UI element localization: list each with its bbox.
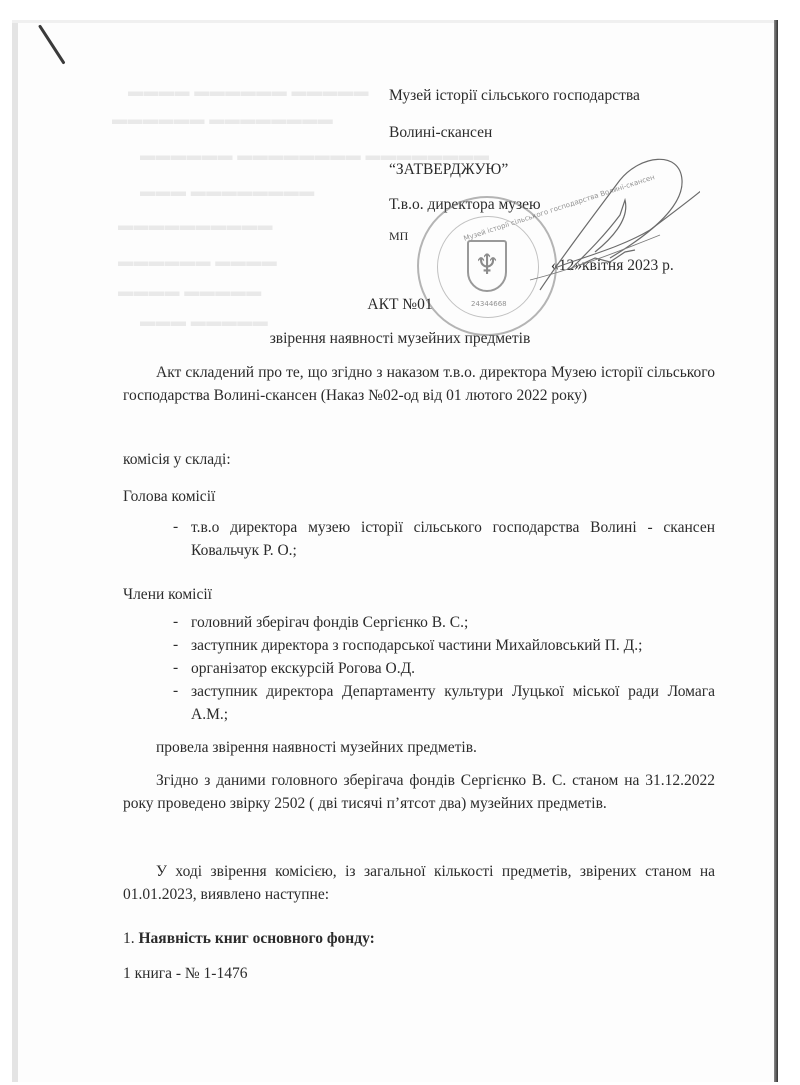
section-1-title: Наявність книг основного фонду: <box>139 930 375 947</box>
data-paragraph: Згідно з даними головного зберігача фонд… <box>123 769 715 815</box>
commission-label: комісія у складі: <box>123 452 231 468</box>
members-label: Члени комісії <box>123 587 212 603</box>
page-right-edge <box>774 20 778 1082</box>
org-name-line2: Волині-скансен <box>389 125 492 141</box>
show-through-text: ▬▬▬▬▬▬ ▬▬▬▬▬▬▬▬ <box>112 112 333 129</box>
conducted-statement: провела звірення наявності музейних пред… <box>156 740 477 756</box>
act-title: АКТ №01 <box>0 297 800 313</box>
act-subtitle: звірення наявності музейних предметів <box>0 331 800 347</box>
show-through-text: ▬▬▬▬▬▬ ▬▬▬▬ <box>118 254 277 271</box>
list-dash: - <box>173 682 178 700</box>
show-through-text: ▬▬▬▬▬▬▬▬▬▬ <box>118 218 273 235</box>
head-label: Голова комісії <box>123 489 215 505</box>
section-1-heading: 1. Наявність книг основного фонду: <box>123 931 375 947</box>
list-dash: - <box>173 518 178 536</box>
seal-label: МП <box>389 230 408 242</box>
list-dash: - <box>173 659 178 677</box>
list-dash: - <box>173 613 178 631</box>
member-item: головний зберігач фондів Сергієнко В. С.… <box>191 611 715 634</box>
member-item: організатор екскурсій Рогова О.Д. <box>191 657 715 680</box>
org-name-line1: Музей історії сільського господарства <box>389 88 640 104</box>
show-through-text: ▬▬▬▬ ▬▬▬▬▬▬ ▬▬▬▬▬ <box>128 84 369 101</box>
member-item: заступник директора Департаменту культур… <box>191 680 715 726</box>
section-1-line: 1 книга - № 1-1476 <box>123 966 247 982</box>
section-1-number: 1. <box>123 930 135 947</box>
signature <box>420 140 700 300</box>
show-through-text: ▬▬▬ ▬▬▬▬▬▬▬▬ <box>140 184 315 201</box>
show-through-text: ▬▬▬ ▬▬▬▬▬ <box>140 314 268 331</box>
head-member: т.в.о директора музею історії сільського… <box>191 516 715 562</box>
result-paragraph: У ході звірення комісією, із загальної к… <box>123 860 715 906</box>
intro-paragraph: Акт складений про те, що згідно з наказо… <box>123 361 715 407</box>
member-item: заступник директора з господарської част… <box>191 634 715 657</box>
list-dash: - <box>173 636 178 654</box>
page-top-edge <box>12 20 777 23</box>
